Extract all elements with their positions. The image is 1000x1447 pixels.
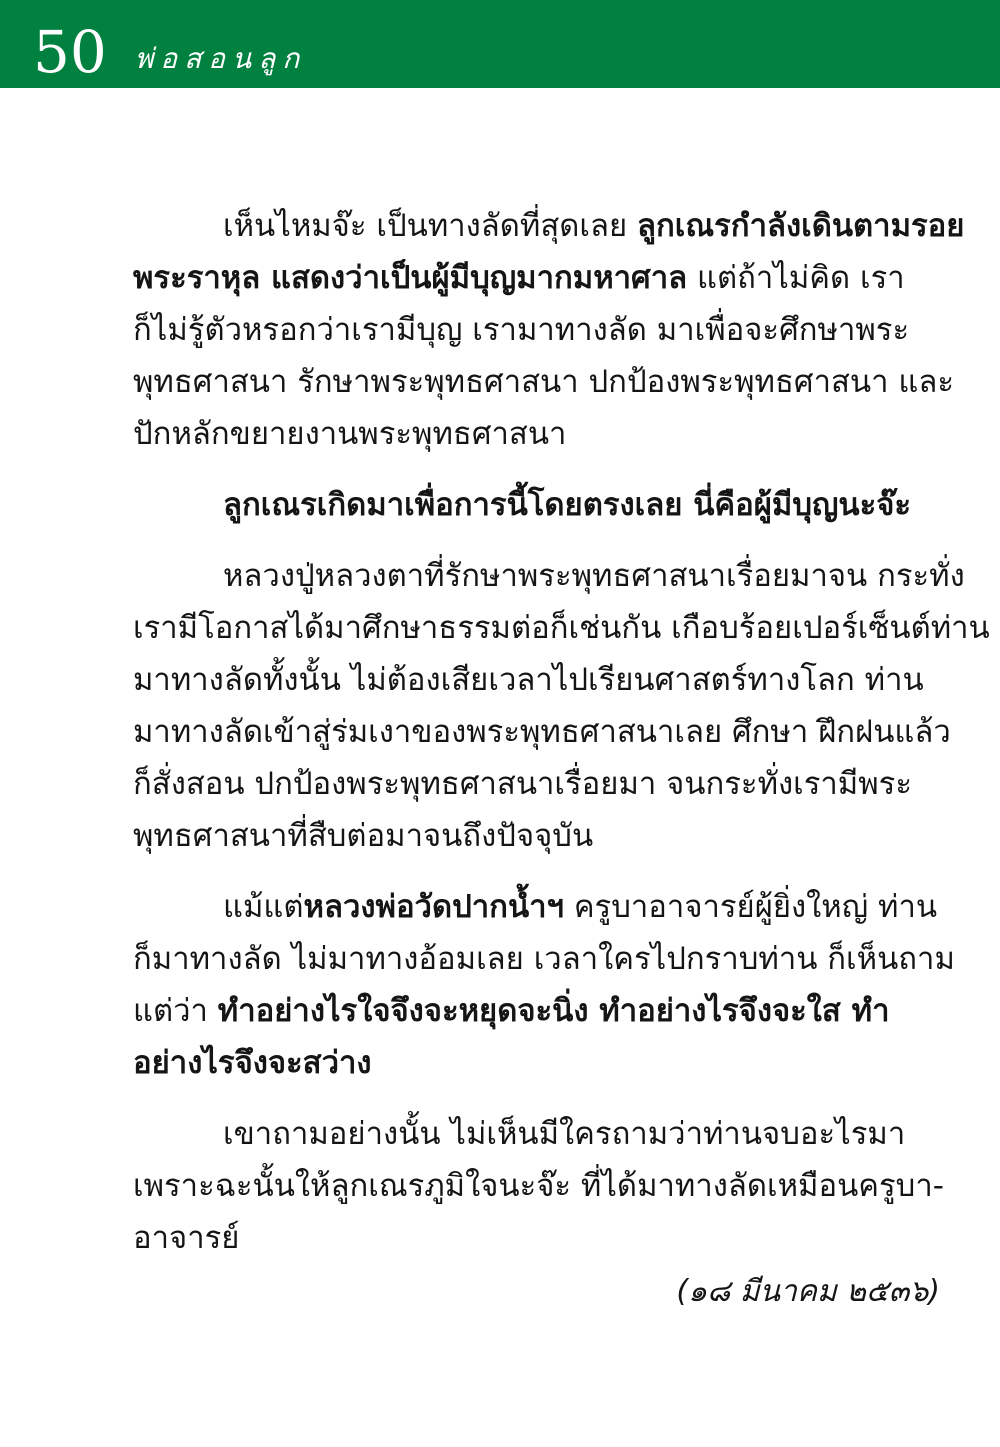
page-body-text: เห็นไหมจ๊ะ เป็นทางลัดที่สุดเลย ลูกเณรกำล… [133, 200, 869, 1283]
text-line: เรามีโอกาสได้มาศึกษาธรรมต่อก็เช่นกัน เกื… [133, 602, 869, 654]
paragraph: เห็นไหมจ๊ะ เป็นทางลัดที่สุดเลย ลูกเณรกำล… [133, 200, 869, 460]
text-line: ก็ไม่รู้ตัวหรอกว่าเรามีบุญ เรามาทางลัด ม… [133, 304, 869, 356]
paragraph: ลูกเณรเกิดมาเพื่อการนี้โดยตรงเลย นี่คือผ… [133, 479, 869, 531]
text-segment: ก็สั่งสอน ปกป้องพระพุทธศาสนาเรื่อยมา จนก… [133, 766, 912, 802]
text-line: พระราหุล แสดงว่าเป็นผู้มีบุญมากมหาศาล แต… [133, 252, 869, 304]
book-page: 50 พ่อสอนลูก เห็นไหมจ๊ะ เป็นทางลัดที่สุด… [0, 0, 1000, 1447]
text-line: อาจารย์ [133, 1212, 869, 1264]
text-segment: เพราะฉะนั้นให้ลูกเณรภูมิใจนะจ๊ะ ที่ได้มา… [133, 1168, 944, 1204]
text-line: ก็มาทางลัด ไม่มาทางอ้อมเลย เวลาใครไปกราบ… [133, 933, 869, 985]
text-segment: เห็นไหมจ๊ะ เป็นทางลัดที่สุดเลย [223, 208, 637, 244]
text-segment: พุทธศาสนาที่สืบต่อมาจนถึงปัจจุบัน [133, 818, 593, 854]
page-number: 50 [33, 29, 107, 77]
bold-text-segment: ทำอย่างไรใจจึงจะหยุดจะนิ่ง ทำอย่างไรจึงจ… [218, 993, 890, 1029]
text-line: ปักหลักขยายงานพระพุทธศาสนา [133, 408, 869, 460]
bold-text-segment: พระราหุล แสดงว่าเป็นผู้มีบุญมากมหาศาล [133, 260, 687, 296]
text-segment: ปักหลักขยายงานพระพุทธศาสนา [133, 416, 566, 452]
text-line: ก็สั่งสอน ปกป้องพระพุทธศาสนาเรื่อยมา จนก… [133, 758, 869, 810]
text-segment: พุทธศาสนา รักษาพระพุทธศาสนา ปกป้องพระพุท… [133, 364, 954, 400]
text-segment: มาทางลัดทั้งนั้น ไม่ต้องเสียเวลาไปเรียนศ… [133, 662, 924, 698]
text-line: เห็นไหมจ๊ะ เป็นทางลัดที่สุดเลย ลูกเณรกำล… [133, 200, 869, 252]
text-segment: มาทางลัดเข้าสู่ร่มเงาของพระพุทธศาสนาเลย … [133, 714, 951, 750]
text-segment: อาจารย์ [133, 1220, 239, 1256]
text-line: อย่างไรจึงจะสว่าง [133, 1037, 869, 1089]
bold-text-segment: ลูกเณรกำลังเดินตามรอย [637, 208, 964, 244]
text-segment: แม้แต่ [223, 889, 304, 925]
bold-text-segment: หลวงพ่อวัดปากน้ำฯ [304, 889, 564, 925]
text-segment: แต่ว่า [133, 993, 218, 1029]
text-segment: เรามีโอกาสได้มาศึกษาธรรมต่อก็เช่นกัน เกื… [133, 610, 990, 646]
date-note: (๑๘ มีนาคม ๒๕๓๖) [676, 1272, 940, 1312]
bold-text-segment: อย่างไรจึงจะสว่าง [133, 1045, 372, 1081]
text-segment: หลวงปู่หลวงตาที่รักษาพระพุทธศาสนาเรื่อยม… [223, 558, 965, 594]
text-segment: ก็มาทางลัด ไม่มาทางอ้อมเลย เวลาใครไปกราบ… [133, 941, 955, 977]
paragraph: แม้แต่หลวงพ่อวัดปากน้ำฯ ครูบาอาจารย์ผู้ย… [133, 881, 869, 1089]
text-line: พุทธศาสนาที่สืบต่อมาจนถึงปัจจุบัน [133, 810, 869, 862]
text-line: เขาถามอย่างนั้น ไม่เห็นมีใครถามว่าท่านจบ… [133, 1108, 869, 1160]
bold-text-segment: ลูกเณรเกิดมาเพื่อการนี้โดยตรงเลย นี่คือผ… [223, 487, 911, 523]
book-title: พ่อสอนลูก [135, 45, 306, 73]
text-line: มาทางลัดเข้าสู่ร่มเงาของพระพุทธศาสนาเลย … [133, 706, 869, 758]
paragraph: หลวงปู่หลวงตาที่รักษาพระพุทธศาสนาเรื่อยม… [133, 550, 869, 862]
text-line: แม้แต่หลวงพ่อวัดปากน้ำฯ ครูบาอาจารย์ผู้ย… [133, 881, 869, 933]
text-line: มาทางลัดทั้งนั้น ไม่ต้องเสียเวลาไปเรียนศ… [133, 654, 869, 706]
text-segment: แต่ถ้าไม่คิด เรา [687, 260, 905, 296]
text-line: พุทธศาสนา รักษาพระพุทธศาสนา ปกป้องพระพุท… [133, 356, 869, 408]
text-segment: เขาถามอย่างนั้น ไม่เห็นมีใครถามว่าท่านจบ… [223, 1116, 905, 1152]
text-segment: ก็ไม่รู้ตัวหรอกว่าเรามีบุญ เรามาทางลัด ม… [133, 312, 909, 348]
text-line: หลวงปู่หลวงตาที่รักษาพระพุทธศาสนาเรื่อยม… [133, 550, 869, 602]
text-line: เพราะฉะนั้นให้ลูกเณรภูมิใจนะจ๊ะ ที่ได้มา… [133, 1160, 869, 1212]
text-segment: ครูบาอาจารย์ผู้ยิ่งใหญ่ ท่าน [564, 889, 937, 925]
text-line: ลูกเณรเกิดมาเพื่อการนี้โดยตรงเลย นี่คือผ… [133, 479, 869, 531]
text-line: แต่ว่า ทำอย่างไรใจจึงจะหยุดจะนิ่ง ทำอย่า… [133, 985, 869, 1037]
page-header: 50 พ่อสอนลูก [0, 0, 1000, 88]
paragraph: เขาถามอย่างนั้น ไม่เห็นมีใครถามว่าท่านจบ… [133, 1108, 869, 1264]
